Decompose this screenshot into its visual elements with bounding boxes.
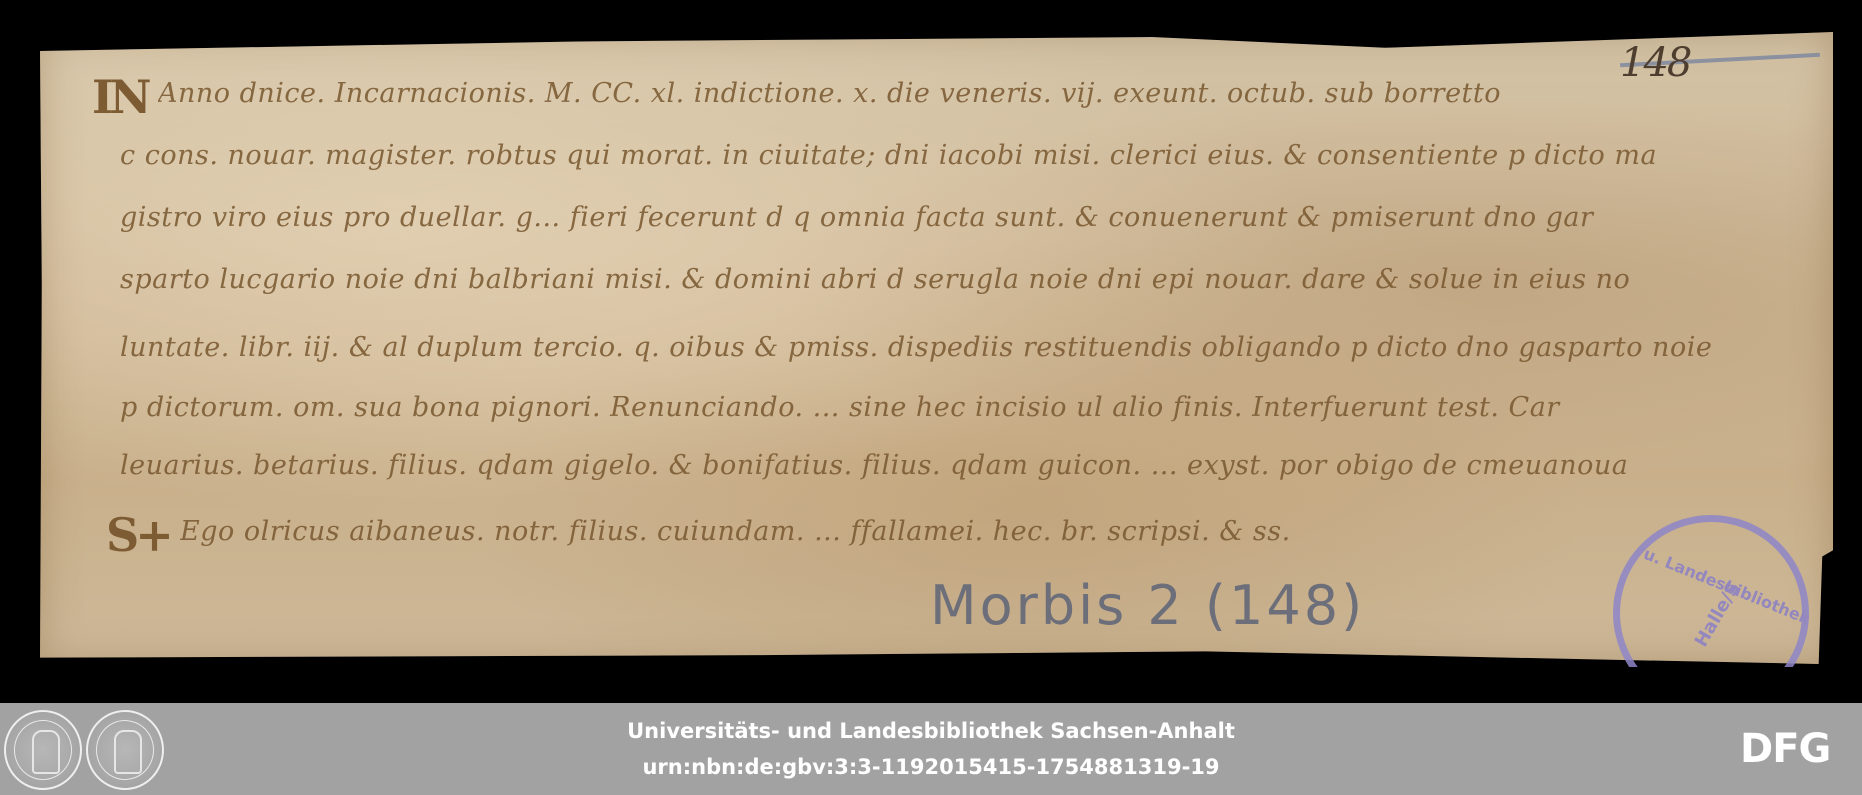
pencil-shelfmark: Morbis 2 (148) — [930, 574, 1365, 637]
urn-identifier: urn:nbn:de:gbv:3:3-1192015415-1754881319… — [0, 755, 1862, 779]
script-line-7: leuarius. betarius. filius. qdam gigelo.… — [120, 450, 1793, 490]
dfg-logo-icon: DFG — [1740, 726, 1830, 772]
library-footer: Universitäts- und Landesbibliothek Sachs… — [0, 703, 1862, 795]
script-line-4: sparto lucgario noie dni balbriani misi.… — [120, 264, 1793, 304]
script-line-2: c cons. nouar. magister. robtus qui mora… — [120, 140, 1793, 180]
initial-monogram: IN — [92, 70, 148, 124]
script-line-3: gistro viro eius pro duellar. g... fieri… — [120, 202, 1793, 242]
folio-number: 148 — [1620, 40, 1690, 86]
script-line-8: Ego olricus aibaneus. notr. filius. cuiu… — [180, 516, 1793, 556]
parchment-charter: IN Anno dnice. Incarnacionis. M. CC. xl.… — [40, 32, 1833, 664]
script-line-1: Anno dnice. Incarnacionis. M. CC. xl. in… — [158, 78, 1793, 118]
library-stamp: u. Landesbibliothek Halle/S — [1613, 515, 1809, 711]
manuscript-scan-area: IN Anno dnice. Incarnacionis. M. CC. xl.… — [0, 0, 1862, 703]
script-line-6: p dictorum. om. sua bona pignori. Renunc… — [120, 392, 1793, 432]
closing-monogram: S+ — [106, 508, 170, 562]
script-line-5: luntate. libr. iij. & al duplum tercio. … — [120, 332, 1793, 372]
institution-name: Universitäts- und Landesbibliothek Sachs… — [0, 719, 1862, 743]
